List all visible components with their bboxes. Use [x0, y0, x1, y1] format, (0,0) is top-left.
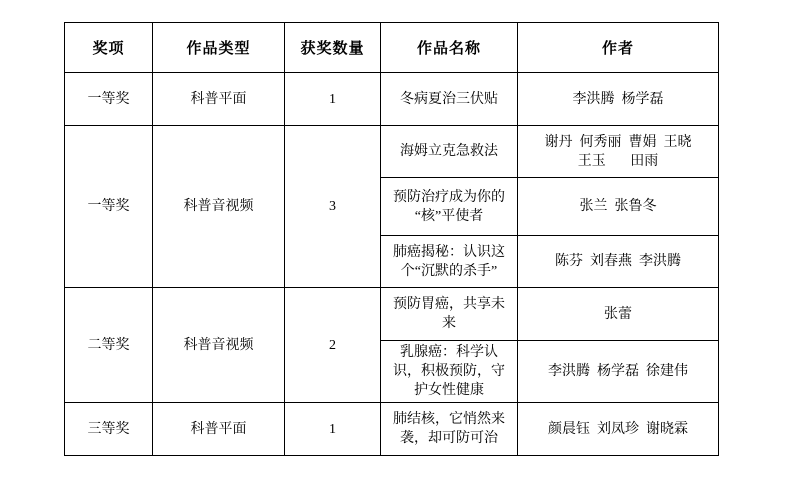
- column-header-authors: 作者: [518, 23, 719, 73]
- column-header-award: 奖项: [65, 23, 153, 73]
- work-name-cell: 肺癌揭秘：认识这 个“沉默的杀手”: [381, 236, 518, 288]
- table-row: 一等奖 科普平面 1 冬病夏治三伏贴 李洪腾 杨学磊: [65, 73, 719, 126]
- award-count-cell: 1: [285, 73, 381, 126]
- authors-cell: 李洪腾 杨学磊: [518, 73, 719, 126]
- authors-cell: 颜晨钰 刘凤珍 谢晓霖: [518, 403, 719, 456]
- header-row: 奖项 作品类型 获奖数量 作品名称 作者: [65, 23, 719, 73]
- table-row: 一等奖 科普音视频 3 海姆立克急救法 谢丹 何秀丽 曹娟 王晓 王玉 田雨: [65, 126, 719, 178]
- award-count-cell: 3: [285, 126, 381, 288]
- work-type-cell: 科普音视频: [153, 126, 285, 288]
- work-type-cell: 科普音视频: [153, 288, 285, 403]
- table-row: 三等奖 科普平面 1 肺结核，它悄然来 袭，却可防可治 颜晨钰 刘凤珍 谢晓霖: [65, 403, 719, 456]
- work-name-cell: 乳腺癌：科学认 识，积极预防，守 护女性健康: [381, 341, 518, 403]
- authors-cell: 谢丹 何秀丽 曹娟 王晓 王玉 田雨: [518, 126, 719, 178]
- award-level-cell: 二等奖: [65, 288, 153, 403]
- awards-table: 奖项 作品类型 获奖数量 作品名称 作者 一等奖 科普平面 1 冬病夏治三伏贴 …: [64, 22, 719, 456]
- work-type-cell: 科普平面: [153, 403, 285, 456]
- authors-cell: 张蕾: [518, 288, 719, 341]
- column-header-award-count: 获奖数量: [285, 23, 381, 73]
- work-name-cell: 冬病夏治三伏贴: [381, 73, 518, 126]
- authors-cell: 陈芬 刘春燕 李洪腾: [518, 236, 719, 288]
- column-header-work-name: 作品名称: [381, 23, 518, 73]
- work-type-cell: 科普平面: [153, 73, 285, 126]
- authors-cell: 张兰 张鲁冬: [518, 178, 719, 236]
- table-row: 二等奖 科普音视频 2 预防胃癌，共享未 来 张蕾: [65, 288, 719, 341]
- work-name-cell: 预防治疗成为你的 “核”平使者: [381, 178, 518, 236]
- award-count-cell: 2: [285, 288, 381, 403]
- award-level-cell: 一等奖: [65, 73, 153, 126]
- column-header-work-type: 作品类型: [153, 23, 285, 73]
- award-level-cell: 一等奖: [65, 126, 153, 288]
- work-name-cell: 肺结核，它悄然来 袭，却可防可治: [381, 403, 518, 456]
- award-count-cell: 1: [285, 403, 381, 456]
- work-name-cell: 海姆立克急救法: [381, 126, 518, 178]
- work-name-cell: 预防胃癌，共享未 来: [381, 288, 518, 341]
- authors-cell: 李洪腾 杨学磊 徐建伟: [518, 341, 719, 403]
- award-level-cell: 三等奖: [65, 403, 153, 456]
